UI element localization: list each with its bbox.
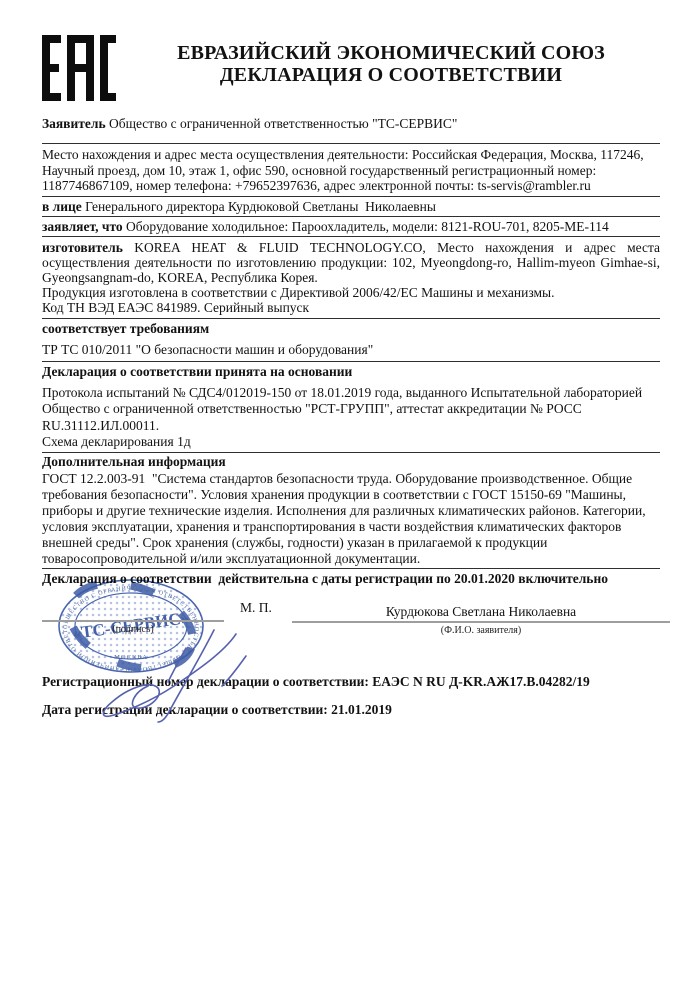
- applicant-name-field: Курдюкова Светлана Николаевна (Ф.И.О. за…: [292, 586, 670, 636]
- production-note: Продукция изготовлена в соответствии с Д…: [42, 285, 660, 300]
- document-header: ЕВРАЗИЙСКИЙ ЭКОНОМИЧЕСКИЙ СОЮЗ ДЕКЛАРАЦИ…: [42, 33, 660, 103]
- manufacturer-value: KOREA HEAT & FLUID TECHNOLOGY.CO, Место …: [42, 240, 660, 285]
- manufacturer-label: изготовитель: [42, 240, 123, 255]
- title-line-2: ДЕКЛАРАЦИЯ О СООТВЕТСТВИИ: [122, 64, 660, 86]
- signature-caption: (подпись): [42, 624, 224, 635]
- applicant-label: Заявитель: [42, 116, 106, 131]
- document-title: ЕВРАЗИЙСКИЙ ЭКОНОМИЧЕСКИЙ СОЮЗ ДЕКЛАРАЦИ…: [122, 33, 660, 86]
- registration-date-line: Дата регистрации декларации о соответств…: [42, 702, 660, 717]
- applicant-address: Место нахождения и адрес места осуществл…: [42, 147, 660, 194]
- basis-paragraph: Протокола испытаний № СДС4/012019-150 от…: [42, 385, 660, 435]
- declares-row: заявляет, что Оборудование холодильное: …: [42, 219, 660, 234]
- complies-value: ТР ТС 010/2011 "О безопасности машин и о…: [42, 342, 660, 357]
- signature-line: [42, 586, 224, 622]
- applicant-name: Курдюкова Светлана Николаевна: [292, 586, 670, 623]
- manufacturer-paragraph: изготовитель KOREA HEAT & FLUID TECHNOLO…: [42, 240, 660, 285]
- eac-logo-icon: [42, 35, 116, 101]
- title-line-1: ЕВРАЗИЙСКИЙ ЭКОНОМИЧЕСКИЙ СОЮЗ: [122, 42, 660, 64]
- declaration-document: ЕВРАЗИЙСКИЙ ЭКОНОМИЧЕСКИЙ СОЮЗ ДЕКЛАРАЦИ…: [0, 0, 700, 990]
- divider: [42, 361, 660, 362]
- scheme-line: Схема декларирования 1д: [42, 434, 660, 450]
- declares-value: Оборудование холодильное: Пароохладитель…: [126, 219, 609, 234]
- additional-paragraph: ГОСТ 12.2.003-91 "Система стандартов без…: [42, 471, 660, 567]
- signature-field: (подпись): [42, 586, 224, 635]
- divider: [42, 196, 660, 197]
- represented-by-row: в лице Генерального директора Курдюковой…: [42, 199, 660, 214]
- additional-heading: Дополнительная информация: [42, 454, 660, 469]
- applicant-row: Заявитель Общество с ограниченной ответс…: [42, 116, 660, 131]
- basis-heading: Декларация о соответствии принята на осн…: [42, 364, 660, 379]
- applicant-name-caption: (Ф.И.О. заявителя): [292, 625, 670, 636]
- divider: [42, 216, 660, 217]
- complies-heading: соответствует требованиям: [42, 321, 660, 336]
- declares-label: заявляет, что: [42, 219, 123, 234]
- represented-by-label: в лице: [42, 199, 82, 214]
- divider: [42, 452, 660, 453]
- stamp-city-text: МОСКВА: [114, 654, 148, 661]
- divider: [42, 318, 660, 319]
- divider: [42, 568, 660, 569]
- stamp-place-label: М. П.: [240, 600, 272, 615]
- divider: [42, 143, 660, 144]
- applicant-value: Общество с ограниченной ответственностью…: [109, 116, 457, 131]
- signature-area: ОБЩЕСТВО С ОГРАНИЧЕННОЙ ОТВЕТСТВЕННОСТЬЮ…: [42, 586, 660, 674]
- code-line: Код ТН ВЭД ЕАЭС 841989. Серийный выпуск: [42, 300, 660, 315]
- divider: [42, 236, 660, 237]
- registration-number-line: Регистрационный номер декларации о соотв…: [42, 674, 660, 689]
- represented-by-value: Генерального директора Курдюковой Светла…: [85, 199, 436, 214]
